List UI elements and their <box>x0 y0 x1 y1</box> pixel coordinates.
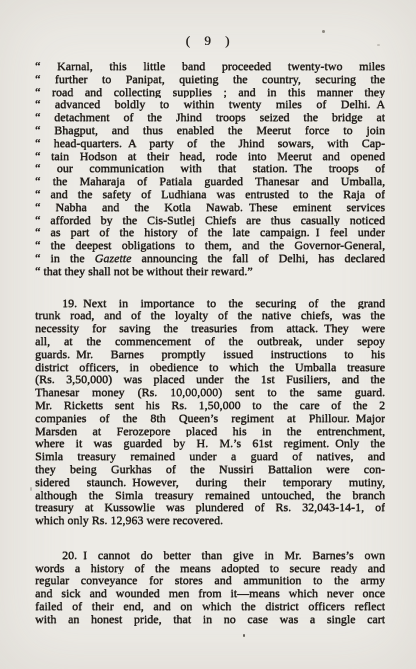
text-line: treasury at Kussowlie was plundered of R… <box>35 501 385 514</box>
text-line: (Rs. 3,50,000) was placed under the 1st … <box>35 373 385 386</box>
text-line: necessity for saving the treasuries from… <box>35 322 385 335</box>
text-line: “ road and collecting supplies ; and in … <box>35 86 385 99</box>
text-line: “ and the safety of Ludhiana was entrust… <box>35 188 385 201</box>
text-line: failed of their end, and on which the di… <box>35 600 385 613</box>
text-line: “ the Maharaja of Patiala guarded Thanes… <box>35 175 385 188</box>
text-line: “ afforded by the Cis-Sutlej Chiefs are … <box>35 214 385 227</box>
text-line: “ tain Hodson at their head, rode into M… <box>35 150 385 163</box>
scanned-book-page: ( 9 ) “ Karnal, this little band proceed… <box>0 0 416 669</box>
text-line: trunk road, and of the loyalty of the na… <box>35 309 385 322</box>
scan-speck <box>322 30 325 33</box>
text-line: “ head-quarters. A party of the Jhind so… <box>35 137 385 150</box>
text-line: sidered staunch. However, during their t… <box>35 476 385 489</box>
text-line: 20. I cannot do better than give in Mr. … <box>35 549 385 562</box>
text-line: “ as part of the history of the late cam… <box>35 226 385 239</box>
text-line: Marsden at Ferozepore placed his in the … <box>35 425 385 438</box>
text-line: with an honest pride, that in no case wa… <box>35 613 385 626</box>
paragraph-19: 19. Next in importance to the securing o… <box>35 297 385 527</box>
text-line: where it was guarded by H. M.’s 61st reg… <box>35 437 385 450</box>
text-line: “ Karnal, this little band proceeded twe… <box>35 60 385 73</box>
text-line: which only Rs. 12,963 were recovered. <box>35 514 385 527</box>
italic-text: Gazette <box>95 252 132 265</box>
text-line: “ the deepest obligations to them, and t… <box>35 239 385 252</box>
text-line: Mr. Ricketts sent his Rs. 1,50,000 to th… <box>35 399 385 412</box>
text-line: “ in the Gazette announcing the fall of … <box>35 252 385 265</box>
text-line: and sick and wounded men from it—means w… <box>35 587 385 600</box>
scan-speck <box>377 44 380 46</box>
text-block: “ Karnal, this little band proceeded twe… <box>35 60 385 626</box>
text-line: “ advanced boldly to within twenty miles… <box>35 98 385 111</box>
page-number-header: ( 9 ) <box>0 33 416 48</box>
text-line: “ Bhagput, and thus enabled the Meerut f… <box>35 124 385 137</box>
text-line: “ Nabha and the Kotla Nawab. These emine… <box>35 201 385 214</box>
text-line: Thanesar money (Rs. 10,00,000) sent to t… <box>35 386 385 399</box>
paragraph-20: 20. I cannot do better than give in Mr. … <box>35 549 385 626</box>
text-line: guards. Mr. Barnes promptly issued instr… <box>35 348 385 361</box>
text-line: words a history of the means adopted to … <box>35 562 385 575</box>
text-line: “ our communication with that station. T… <box>35 162 385 175</box>
text-line: “ further to Panipat, quieting the count… <box>35 73 385 86</box>
quote-block: “ Karnal, this little band proceeded twe… <box>35 60 385 278</box>
text-line: “ detachment of the Jhind troops seized … <box>35 111 385 124</box>
scan-speck <box>30 487 32 491</box>
text-line: all, at the commencement of the outbreak… <box>35 335 385 348</box>
text-line: “ that they shall not be without their r… <box>35 265 385 278</box>
text-line: companies of the 8th Queen’s regiment at… <box>35 412 385 425</box>
text-line: regular conveyance for stores and ammuni… <box>35 574 385 587</box>
text-line: although the Simla treasury remained unt… <box>35 489 385 502</box>
text-line: 19. Next in importance to the securing o… <box>35 297 385 310</box>
text-line: they being Gurkhas of the Nussiri Battal… <box>35 463 385 476</box>
text-line: Simla treasury remained under a guard of… <box>35 450 385 463</box>
text-line: district officers, in obedience to which… <box>35 361 385 374</box>
scan-speck <box>243 634 245 637</box>
